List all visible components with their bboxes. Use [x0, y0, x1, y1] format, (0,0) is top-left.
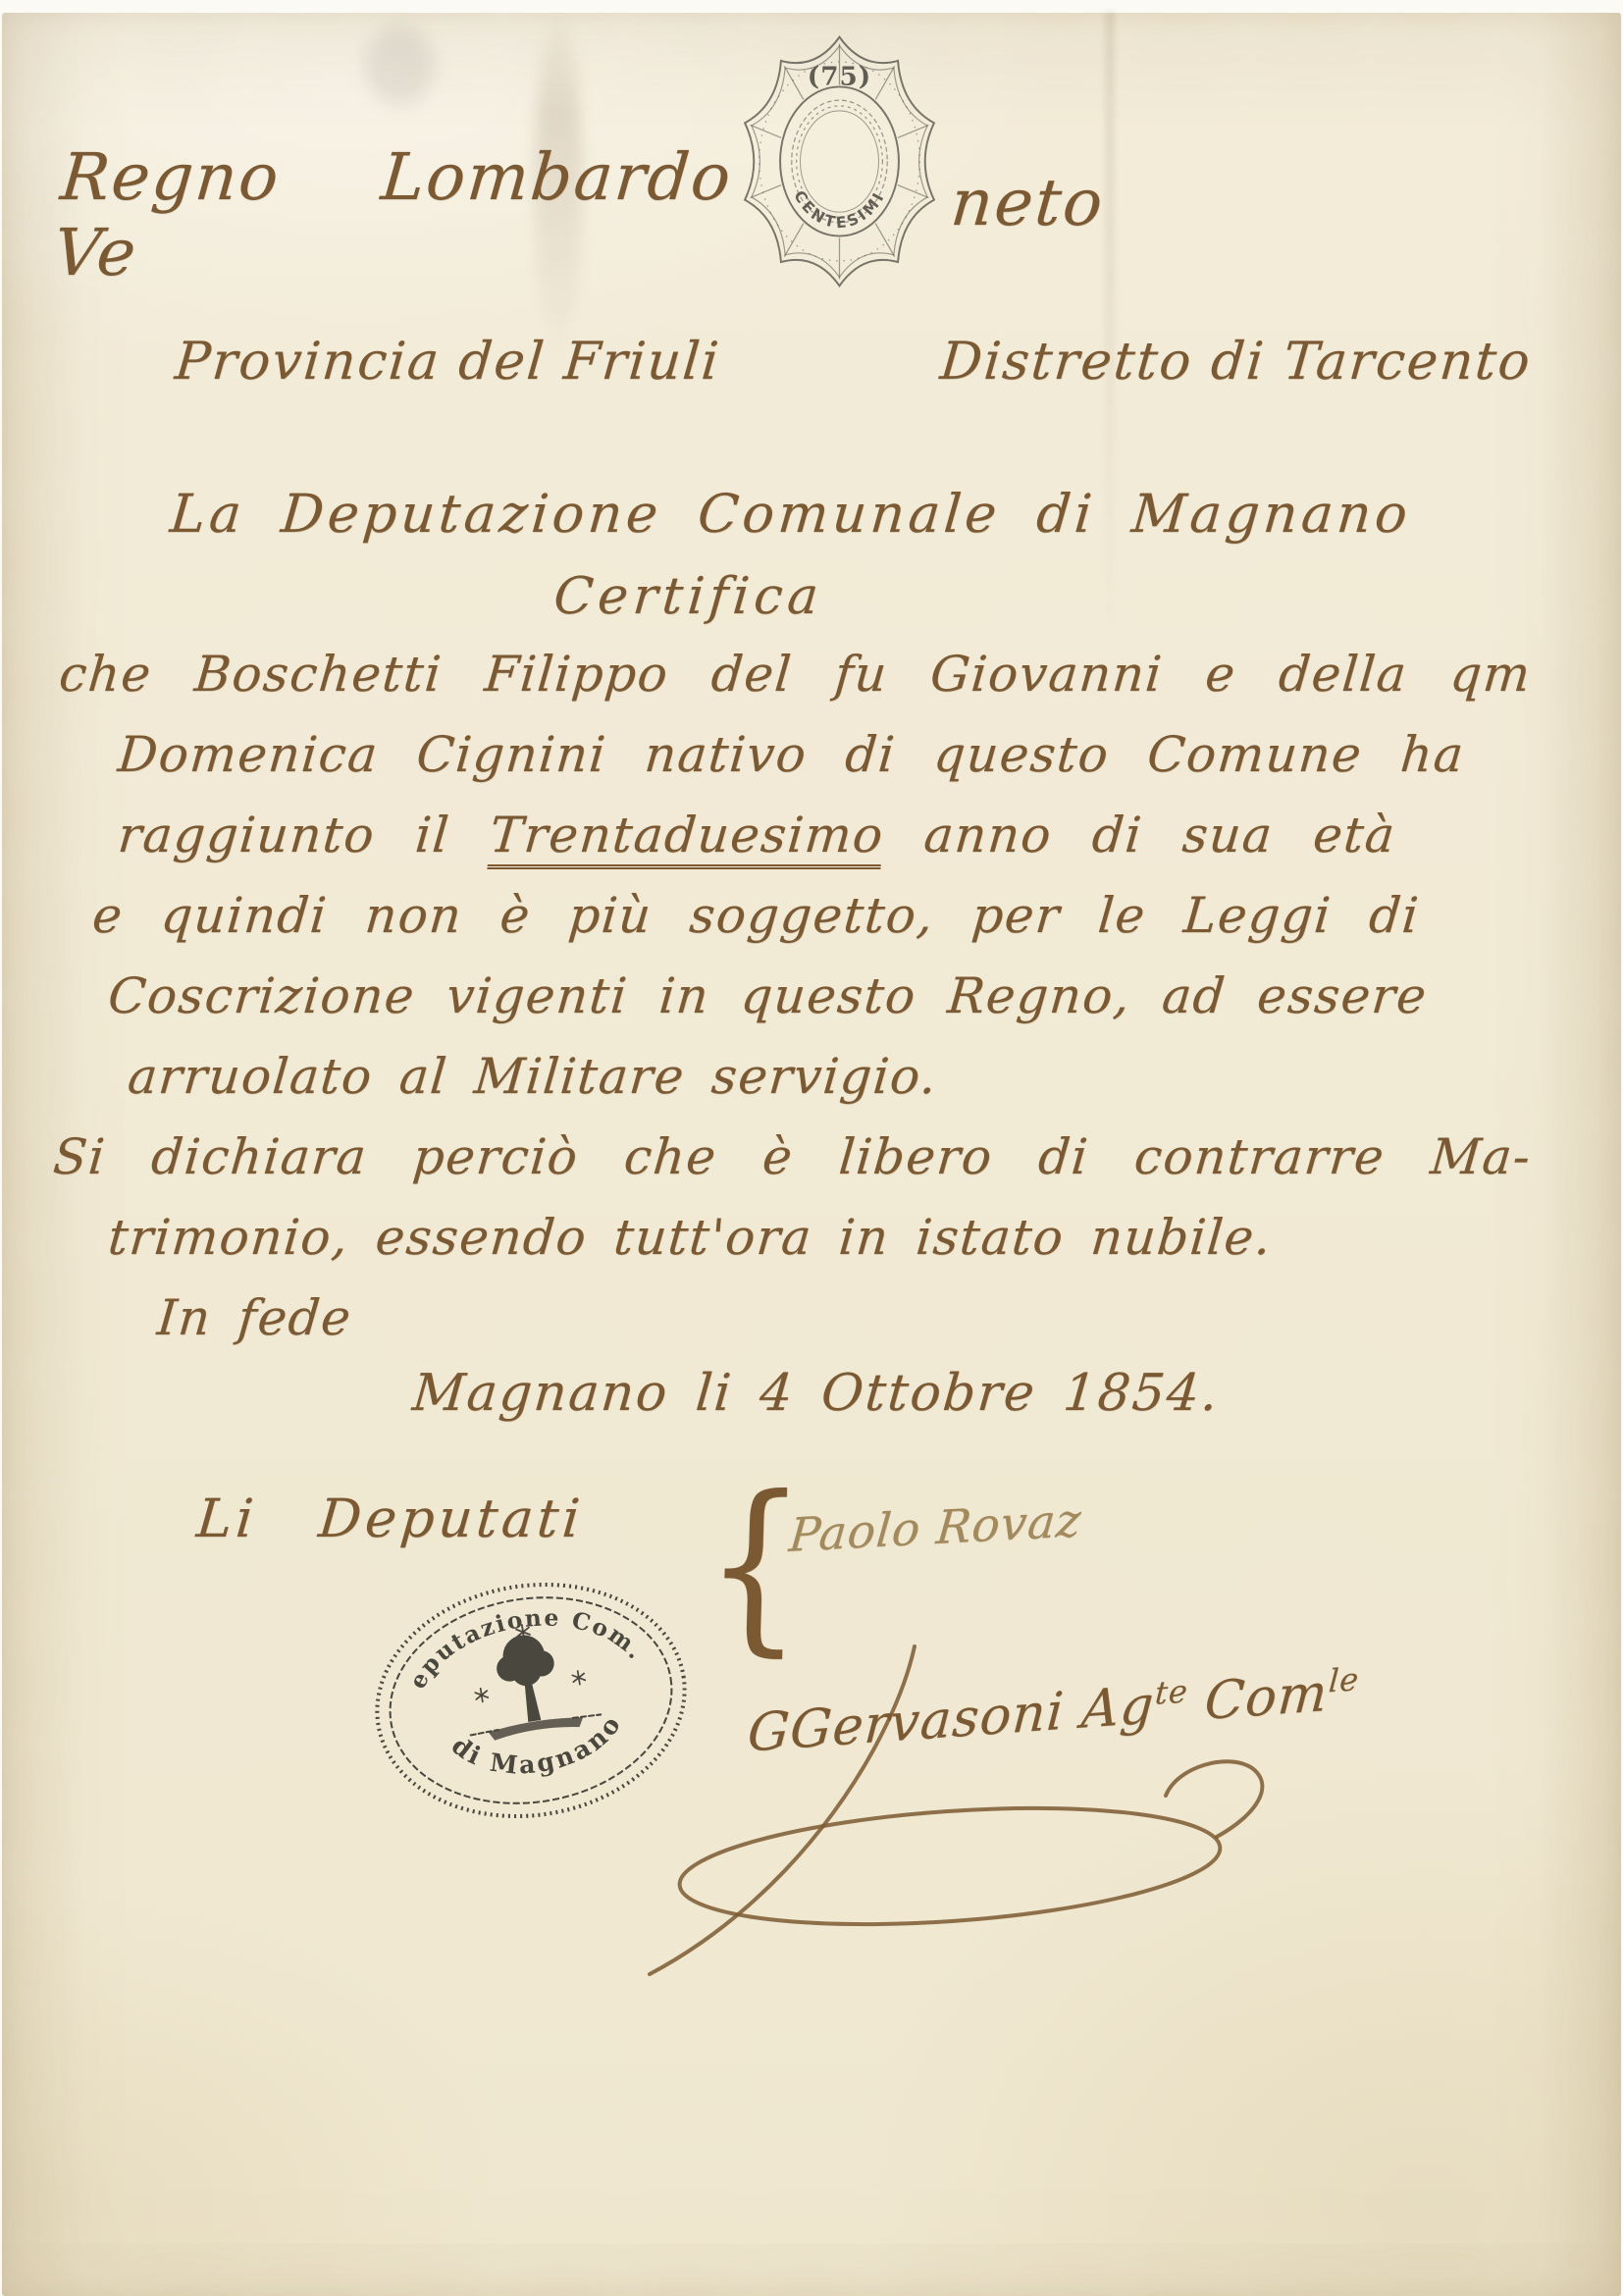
body-line: che Boschetti Filippo del fu Giovanni e … — [57, 648, 1534, 702]
stamp-star-icon — [475, 1688, 489, 1703]
province-district-line: Provincia del Friuli Distretto di Tarcen… — [173, 332, 1534, 391]
body-line: Domenica Cignini nativo di questo Comune… — [116, 728, 1467, 782]
fold-crease — [1105, 12, 1115, 640]
province-label: Provincia del Friuli — [173, 332, 723, 391]
body-line: e quindi non è più soggetto, per le Legg… — [90, 889, 1422, 943]
kingdom-title-left: Regno Lombardo Ve — [51, 139, 735, 290]
deputation-title: La Deputazione Comunale di Magnano — [168, 483, 1414, 545]
district-label: Distretto di Tarcento — [938, 332, 1535, 391]
embossed-revenue-stamp-icon: (75) CENTESIMI — [728, 27, 951, 295]
place-date-line: Magnano li 4 Ottobre 1854. — [410, 1364, 1222, 1423]
stamp-star-icon — [572, 1670, 586, 1686]
document-page: Regno Lombardo Ve (75) CENTESIMI neto Pr… — [0, 0, 1623, 2296]
kingdom-title-right: neto — [948, 165, 1108, 240]
in-fede-line: In fede — [155, 1291, 354, 1345]
certifies-heading: Certifica — [551, 567, 825, 626]
body-line: Coscrizione vigenti in questo Regno, ad … — [106, 969, 1430, 1023]
body-line: raggiunto il Trentaduesimo anno di sua e… — [116, 809, 1398, 862]
deputies-label: Li Deputati — [194, 1487, 586, 1549]
body-text: anno di sua età — [881, 807, 1398, 863]
stamp-value: (75) — [808, 61, 871, 91]
signature-flourish-icon — [589, 1629, 1472, 2002]
underlined-word: Trentaduesimo — [487, 807, 886, 869]
smudge-mark — [365, 26, 434, 104]
body-text: raggiunto il — [116, 807, 493, 863]
body-line: arruolato al Militare servigio. — [126, 1050, 940, 1104]
body-line: trimonio, essendo tutt'ora in istato nub… — [106, 1211, 1275, 1265]
body-line: Si dichiara perciò che è libero di contr… — [51, 1130, 1534, 1184]
